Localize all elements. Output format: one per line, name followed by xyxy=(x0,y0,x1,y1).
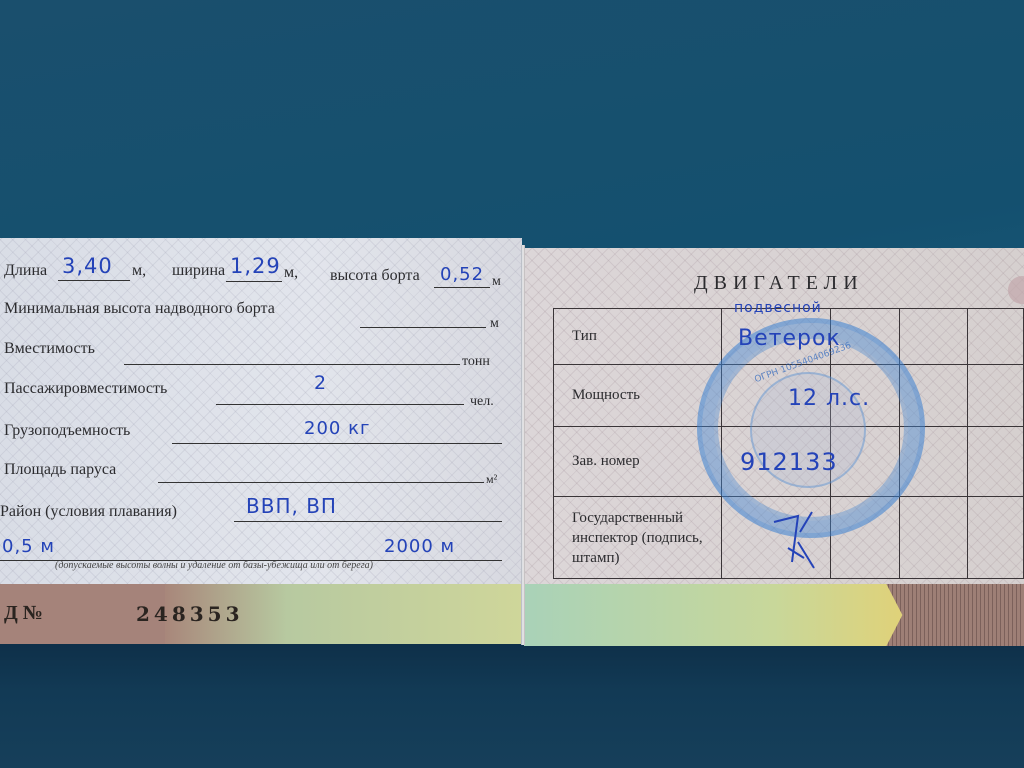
document-number-label: Д № xyxy=(4,602,43,625)
power-label: Мощность xyxy=(554,365,722,427)
load-capacity-value: 200 кг xyxy=(304,418,370,439)
navigation-area-value: ВВП, ВП xyxy=(246,494,337,518)
length-unit: м, xyxy=(132,262,146,280)
freeboard-value: 0,52 xyxy=(440,264,484,285)
navigation-area-label: Район (условия плавания) xyxy=(0,503,177,521)
inspector-label: Государственный инспектор (подпись, штам… xyxy=(554,497,722,579)
document-number: 248353 xyxy=(136,602,244,626)
engine-serial-value: 912133 xyxy=(740,448,838,476)
left-security-strip xyxy=(0,584,522,644)
engines-title: ДВИГАТЕЛИ xyxy=(694,272,864,295)
signature-icon xyxy=(768,502,818,572)
freeboard-label: высота борта xyxy=(330,267,420,285)
min-freeboard-label: Минимальная высота надводного борта xyxy=(4,300,275,318)
background-surface xyxy=(0,640,1024,768)
serial-label: Зав. номер xyxy=(554,427,722,497)
engine-type-line1: подвесной xyxy=(734,300,822,316)
length-label: Длина xyxy=(4,262,47,280)
length-value: 3,40 xyxy=(62,254,113,278)
passengers-unit: чел. xyxy=(470,394,494,410)
load-capacity-label: Грузоподъемность xyxy=(4,422,130,440)
right-security-strip xyxy=(524,584,1024,646)
type-label: Тип xyxy=(554,309,722,365)
sail-area-unit: м² xyxy=(486,472,497,487)
width-label: ширина xyxy=(172,262,225,280)
conditions-caption: (допускаемые высоты волны и удаление от … xyxy=(55,560,373,571)
sail-area-label: Площадь паруса xyxy=(4,461,116,479)
capacity-unit: тонн xyxy=(462,354,490,370)
capacity-label: Вместимость xyxy=(4,340,95,358)
distance-value: 2000 м xyxy=(384,536,455,557)
page-fold xyxy=(521,245,525,645)
min-freeboard-unit: м xyxy=(490,316,499,332)
engine-power-value: 12 л.с. xyxy=(788,386,870,411)
passengers-value: 2 xyxy=(314,372,327,394)
left-page xyxy=(0,238,522,584)
engine-type-line2: Ветерок xyxy=(738,326,841,351)
wave-height-value: 0,5 м xyxy=(2,536,55,557)
width-unit: м, xyxy=(284,264,298,282)
passengers-label: Пассажировместимость xyxy=(4,380,167,398)
freeboard-unit: м xyxy=(492,274,501,290)
width-value: 1,29 xyxy=(230,254,281,278)
